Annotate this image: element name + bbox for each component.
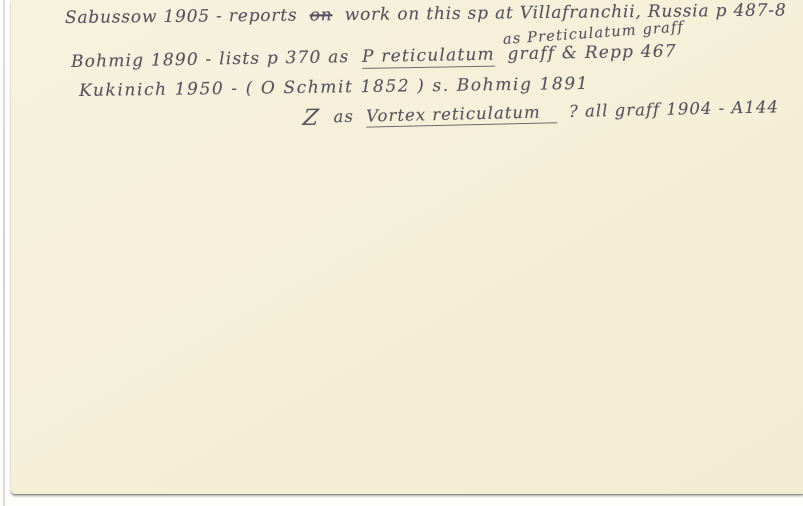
line5-underlined-species: Vortex reticulatum	[366, 102, 557, 127]
line5-lead-mark: Z	[302, 106, 321, 131]
handwritten-line-vortex: Z as Vortex reticulatum ? all graff 1904…	[303, 93, 779, 129]
index-card: Sabussow 1905 - reports on work on this …	[11, 0, 803, 494]
line1-text-start: Sabussow 1905 - reports	[65, 6, 298, 28]
line3-underlined-species: P reticulatum	[362, 45, 495, 69]
line5-text-start: as	[333, 107, 354, 126]
handwritten-line-bohmig: Bohmig 1890 - lists p 370 as P reticulat…	[71, 41, 677, 72]
line3-text-start: Bohmig 1890 - lists p 370 as	[71, 47, 350, 72]
line1-text-end: work on this sp at Villafranchii, Russia…	[345, 0, 787, 25]
line5-text-end: ? all graff 1904 - A144	[569, 97, 779, 121]
scan-left-edge-line	[3, 0, 5, 506]
line4-text: Kukinich 1950 - ( O Schmit 1852 ) s. Boh…	[79, 74, 589, 101]
handwritten-line-kukinich: Kukinich 1950 - ( O Schmit 1852 ) s. Boh…	[79, 74, 589, 101]
line3-text-end: graff & Repp 467	[507, 41, 677, 64]
line1-struck-word: on	[310, 5, 333, 25]
